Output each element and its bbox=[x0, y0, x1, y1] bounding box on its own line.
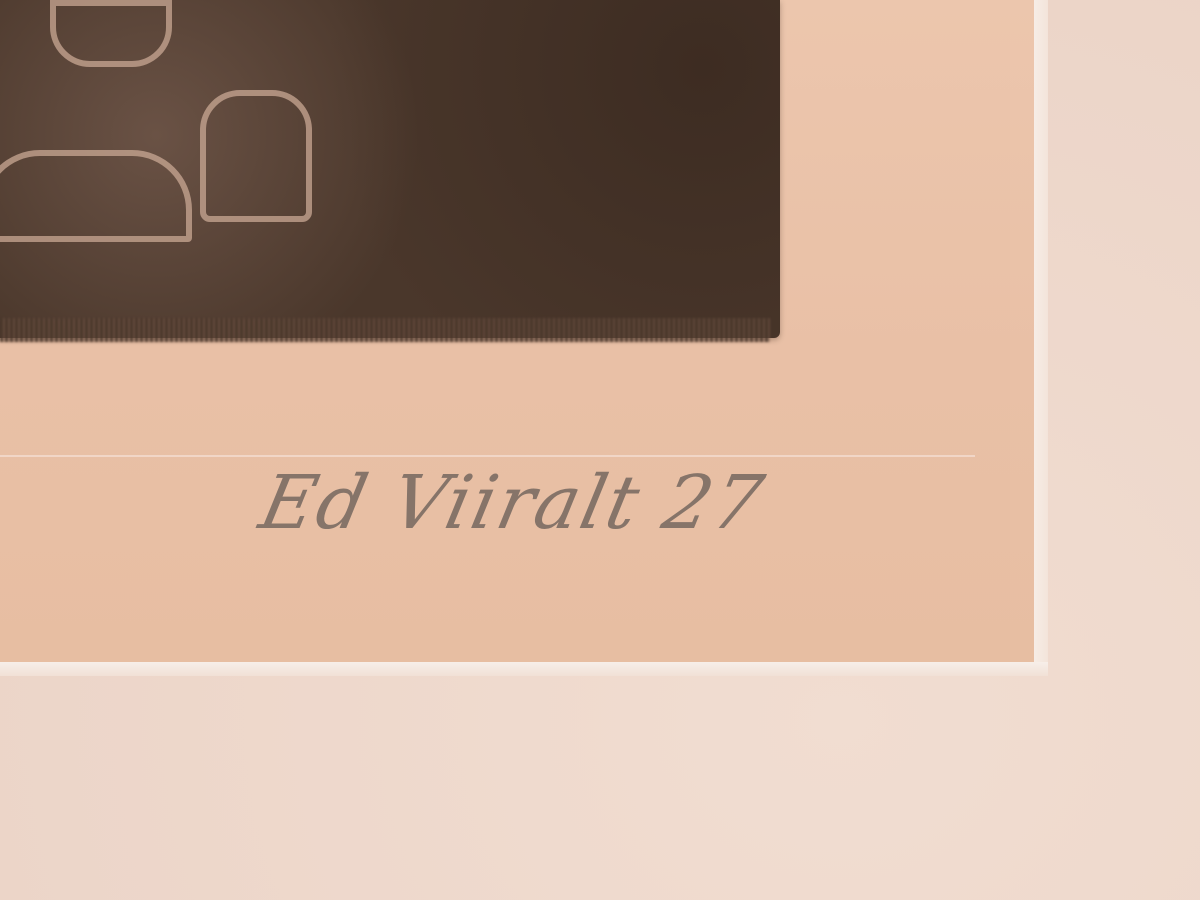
printed-image-area bbox=[0, 0, 780, 338]
print-paper: Ed Viiralt 27 bbox=[0, 0, 1034, 662]
print-motif bbox=[50, 0, 172, 67]
platemark-line bbox=[0, 455, 975, 457]
mat-bevel-bottom bbox=[0, 662, 1048, 676]
mat-bevel-right bbox=[1034, 0, 1048, 676]
plate-edge bbox=[0, 318, 770, 342]
print-motif bbox=[0, 150, 192, 242]
print-motif bbox=[200, 90, 312, 222]
artist-signature: Ed Viiralt 27 bbox=[253, 460, 772, 546]
